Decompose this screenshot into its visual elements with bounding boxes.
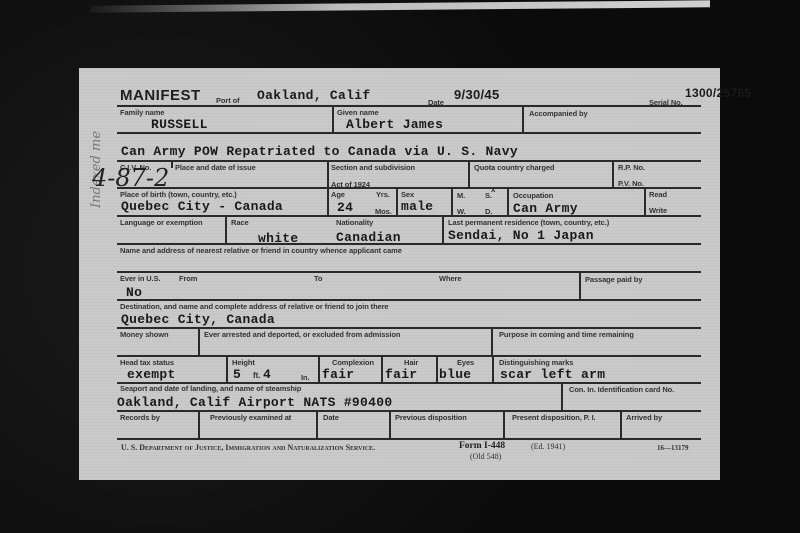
manifest-card: Indexed me MANIFEST Port of Oakland, Cal…: [79, 68, 720, 480]
divider: [117, 299, 701, 301]
divider: [117, 215, 701, 217]
hair-label: Hair: [404, 358, 418, 367]
ever-arrested-label: Ever arrested and deported, or excluded …: [204, 330, 400, 339]
divider: [644, 187, 646, 215]
last-residence-value: Sendai, No 1 Japan: [448, 228, 594, 243]
purpose-label: Purpose in coming and time remaining: [499, 330, 634, 339]
divider: [381, 355, 383, 382]
marital-m-label: M.: [457, 191, 465, 200]
con-id-label: Con. In. Identification card No.: [569, 385, 674, 394]
last-residence-label: Last permanent residence (town, country,…: [448, 218, 609, 227]
place-date-issue-label: Place and date of issue: [175, 163, 256, 172]
records-by-label: Records by: [120, 413, 160, 422]
rp-no-label: R.P. No.: [618, 163, 645, 172]
divider: [492, 355, 494, 382]
divider: [612, 160, 614, 187]
divider: [491, 327, 493, 355]
from-label: From: [179, 274, 197, 283]
occupation-label: Occupation: [513, 191, 553, 200]
port-label: Port of: [216, 96, 239, 105]
height-label: Height: [232, 358, 255, 367]
divider: [579, 271, 581, 299]
complexion-value: fair: [322, 367, 354, 382]
age-yrs-label: Yrs.: [376, 190, 390, 199]
divider: [620, 410, 622, 438]
serial-value: 1300/25765: [685, 86, 751, 100]
sex-value: male: [401, 199, 433, 214]
footer-agency: U. S. Department of Justice, Immigration…: [121, 443, 375, 452]
divider: [117, 132, 701, 134]
divider: [332, 105, 334, 133]
footer-old-form: (Old 548): [470, 452, 501, 461]
divider: [117, 187, 701, 189]
complexion-label: Complexion: [332, 358, 374, 367]
divider: [226, 355, 228, 382]
divider: [117, 243, 701, 245]
head-tax-value: exempt: [127, 367, 176, 382]
marks-label: Distinguishing marks: [499, 358, 573, 367]
family-name-label: Family name: [120, 108, 164, 117]
money-shown-label: Money shown: [120, 330, 169, 339]
destination-value: Quebec City, Canada: [121, 312, 275, 327]
occupation-value: Can Army: [513, 201, 578, 216]
divider: [198, 410, 200, 438]
divider: [396, 187, 398, 215]
prev-examined-label: Previously examined at: [210, 413, 291, 422]
accompanied-by-label: Accompanied by: [529, 109, 588, 118]
to-label: To: [314, 274, 322, 283]
divider: [117, 355, 701, 357]
footer-print-code: 16—13179: [657, 444, 689, 452]
date-value: 9/30/45: [454, 87, 499, 102]
quota-country-label: Quota country charged: [474, 163, 554, 172]
divider: [117, 438, 701, 440]
footer-form: Form I-448: [459, 441, 505, 451]
nationality-label: Nationality: [336, 218, 373, 227]
age-value: 24: [337, 200, 353, 215]
language-label: Language or exemption: [120, 218, 203, 227]
seaport-label: Seaport and date of landing, and name of…: [120, 384, 301, 393]
where-label: Where: [439, 274, 461, 283]
divider: [468, 160, 470, 187]
sex-label: Sex: [401, 190, 414, 199]
height-ft-label: ft.: [253, 371, 260, 380]
divider: [171, 160, 173, 168]
read-label: Read: [649, 190, 667, 199]
eyes-value: blue: [439, 367, 471, 382]
head-tax-label: Head tax status: [120, 358, 174, 367]
divider: [318, 355, 320, 382]
divider: [522, 105, 524, 133]
manifest-title: MANIFEST: [120, 87, 201, 104]
divider: [198, 327, 200, 355]
nearest-relative-label: Name and address of nearest relative or …: [120, 246, 402, 255]
arrived-by-label: Arrived by: [626, 413, 662, 422]
write-label: Write: [649, 206, 667, 215]
date2-label: Date: [323, 413, 339, 422]
passage-paid-label: Passage paid by: [585, 275, 642, 284]
footer-edition: (Ed. 1941): [531, 442, 565, 451]
age-label: Age: [331, 190, 345, 199]
height-in-label: In.: [301, 373, 309, 382]
divider: [436, 355, 438, 382]
seaport-value: Oakland, Calif Airport NATS #90400: [117, 395, 392, 410]
divider: [117, 327, 701, 329]
divider: [316, 410, 318, 438]
divider: [117, 410, 701, 412]
ever-in-us-value: No: [126, 285, 142, 300]
marks-value: scar left arm: [500, 367, 605, 382]
divider: [442, 215, 444, 243]
section-subdivision-label: Section and subdivision: [331, 163, 415, 172]
eyes-label: Eyes: [457, 358, 474, 367]
destination-label: Destination, and name and complete addre…: [120, 302, 389, 311]
height-ft-value: 5: [233, 367, 241, 382]
height-in-value: 4: [263, 367, 271, 382]
given-name-value: Albert James: [346, 117, 443, 132]
ever-in-us-label: Ever in U.S.: [120, 274, 160, 283]
divider: [389, 410, 391, 438]
place-of-birth-value: Quebec City - Canada: [121, 199, 283, 214]
place-of-birth-label: Place of birth (town, country, etc.): [120, 190, 237, 199]
remark-line: Can Army POW Repatriated to Canada via U…: [121, 144, 518, 159]
given-name-label: Given name: [337, 108, 379, 117]
divider: [507, 187, 509, 215]
divider: [503, 410, 505, 438]
family-name-value: RUSSELL: [151, 117, 208, 132]
race-label: Race: [231, 218, 249, 227]
divider: [117, 105, 701, 107]
divider: [225, 215, 227, 243]
divider: [561, 382, 563, 410]
hair-value: fair: [385, 367, 417, 382]
divider: [117, 271, 701, 273]
divider: [451, 187, 453, 215]
port-value: Oakland, Calif: [257, 88, 370, 103]
marital-mark: x: [491, 185, 495, 194]
present-disposition-label: Present disposition, P. I.: [512, 413, 596, 422]
prev-disposition-label: Previous disposition: [395, 413, 467, 422]
